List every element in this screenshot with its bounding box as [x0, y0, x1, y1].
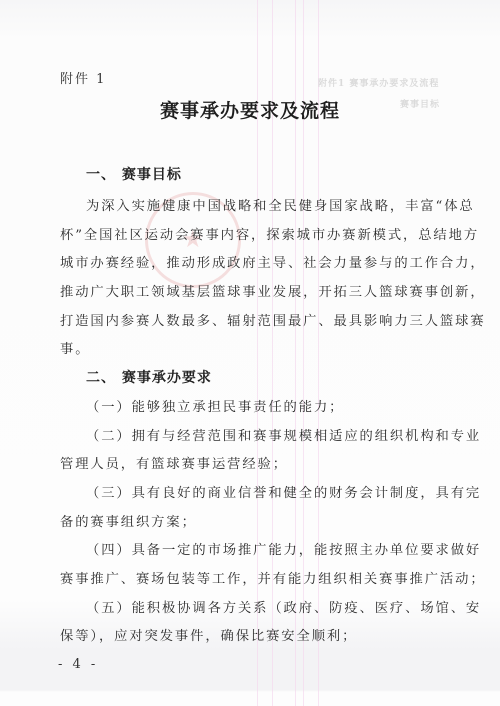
list-item: （四）具备一定的市场推广能力，能按照主办单位要求做好: [86, 539, 466, 558]
paragraph-line: 打造国内参赛人数最多、辐射范围最广、最具影响力三人篮球赛: [60, 310, 440, 329]
list-item-continuation: 备的赛事组织方案；: [60, 511, 440, 530]
bleed-through-text: 附件1 赛事承办要求及流程: [318, 76, 439, 89]
section-heading: 一、 赛事目标: [86, 164, 182, 184]
section-heading: 二、 赛事承办要求: [86, 367, 212, 387]
list-item: （五）能积极协调各方关系（政府、防疫、医疗、场馆、安: [86, 597, 466, 616]
list-item: （一）能够独立承担民事责任的能力；: [86, 396, 466, 415]
page-number: - 4 -: [58, 657, 98, 672]
paragraph-line: 事。: [60, 338, 440, 357]
paragraph-line: 杯”全国社区运动会赛事内容，探索城市办赛新模式，总结地方: [60, 224, 440, 243]
list-item-continuation: 赛事推广、赛场包装等工作，并有能力组织相关赛事推广活动；: [60, 568, 440, 587]
list-item: （二）拥有与经营范围和赛事规模相适应的组织机构和专业: [86, 425, 466, 444]
paragraph-line: 城市办赛经验，推动形成政府主导、社会力量参与的工作合力，: [60, 252, 440, 271]
document-title: 赛事承办要求及流程: [0, 96, 500, 123]
list-item: （三）具有良好的商业信誉和健全的财务会计制度，具有完: [86, 482, 466, 501]
list-item-continuation: 保等），应对突发事件，确保比赛安全顺利；: [60, 625, 440, 644]
paragraph-line: 推动广大职工领域基层篮球事业发展，开拓三人篮球赛事创新，: [60, 281, 440, 300]
attachment-label: 附件 1: [60, 68, 106, 87]
list-item-continuation: 管理人员，有篮球赛事运营经验；: [60, 453, 440, 472]
document-page: 附件1 赛事承办要求及流程 赛事目标 ★ 附件 1 赛事承办要求及流程 一、 赛…: [0, 0, 500, 706]
paragraph-line: 为深入实施健康中国战略和全民健身国家战略，丰富“体总: [86, 195, 466, 214]
